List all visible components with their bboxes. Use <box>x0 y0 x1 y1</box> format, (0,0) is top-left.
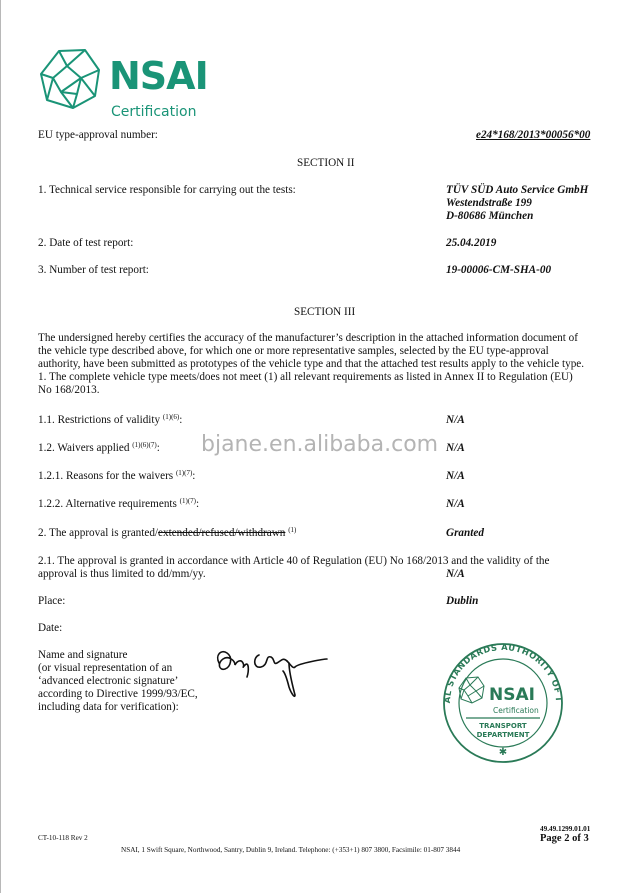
signature-block-label: Name and signature (or visual representa… <box>38 649 198 714</box>
test-report-date-value: 25.04.2019 <box>446 237 496 250</box>
waivers-label: 1.2. Waivers applied (1)(6)(7): <box>38 442 160 455</box>
nsai-logo-icon <box>39 48 101 110</box>
paragraph-line: authority, have been submitted as protot… <box>38 358 612 371</box>
test-report-date-label: 2. Date of test report: <box>38 237 133 250</box>
nsai-stamp: NATIONAL STANDARDS AUTHORITY OF IRELAND … <box>428 642 578 764</box>
stamp-logo-icon <box>459 677 484 703</box>
technical-service-street: Westendstraße 199 <box>446 197 532 210</box>
certification-paragraph: The undersigned hereby certifies the acc… <box>38 332 612 397</box>
article-validity-value: N/A <box>446 568 465 581</box>
restrictions-label: 1.1. Restrictions of validity (1)(6): <box>38 414 182 427</box>
paragraph-line: the vehicle type described above, for wh… <box>38 345 612 358</box>
waiver-reasons-label: 1.2.1. Reasons for the waivers (1)(7): <box>38 470 195 483</box>
paragraph-line: 1. The complete vehicle type meets/does … <box>38 371 612 384</box>
struck-options: extended/refused/withdrawn <box>158 527 285 539</box>
handwritten-signature <box>213 643 328 703</box>
section-iii-title: SECTION III <box>294 306 355 319</box>
alternative-requirements-value: N/A <box>446 498 465 511</box>
place-value: Dublin <box>446 595 478 608</box>
logo-brand: NSAI <box>109 56 208 96</box>
waiver-reasons-value: N/A <box>446 470 465 483</box>
paragraph-line: No 168/2013. <box>38 384 612 397</box>
date-label: Date: <box>38 622 62 635</box>
waivers-value: N/A <box>446 442 465 455</box>
test-report-number-value: 19-00006-CM-SHA-00 <box>446 264 551 277</box>
article-line-2: approval is thus limited to dd/mm/yy. <box>38 568 206 581</box>
approval-status-value: Granted <box>446 527 484 540</box>
approval-number-label: EU type-approval number: <box>38 129 158 142</box>
test-report-number-label: 3. Number of test report: <box>38 264 149 277</box>
paragraph-line: The undersigned hereby certifies the acc… <box>38 332 612 345</box>
watermark: bjane.en.alibaba.com <box>201 433 438 457</box>
article-line-1: 2.1. The approval is granted in accordan… <box>38 555 549 568</box>
section-ii-title: SECTION II <box>297 157 354 170</box>
place-label: Place: <box>38 595 65 608</box>
stamp-subtitle: Certification <box>493 706 539 715</box>
approval-number-value: e24*168/2013*00056*00 <box>476 129 590 142</box>
stamp-brand: NSAI <box>489 685 535 705</box>
restrictions-value: N/A <box>446 414 465 427</box>
approval-status-label: 2. The approval is granted/extended/refu… <box>38 527 296 540</box>
stamp-dept-line2: DEPARTMENT <box>477 731 530 739</box>
technical-service-label: 1. Technical service responsible for car… <box>38 184 296 197</box>
technical-service-city: D-80686 München <box>446 210 533 223</box>
logo-subtitle: Certification <box>111 104 196 120</box>
stamp-star-icon: ✱ <box>499 747 507 758</box>
stamp-dept-line1: TRANSPORT <box>479 722 527 730</box>
page-number: Page 2 of 3 <box>540 833 589 844</box>
form-code: CT-10-118 Rev 2 <box>38 834 88 843</box>
alternative-requirements-label: 1.2.2. Alternative requirements (1)(7): <box>38 498 199 511</box>
technical-service-name: TÜV SÜD Auto Service GmbH <box>446 184 588 197</box>
footer-address: NSAI, 1 Swift Square, Northwood, Santry,… <box>121 846 460 855</box>
